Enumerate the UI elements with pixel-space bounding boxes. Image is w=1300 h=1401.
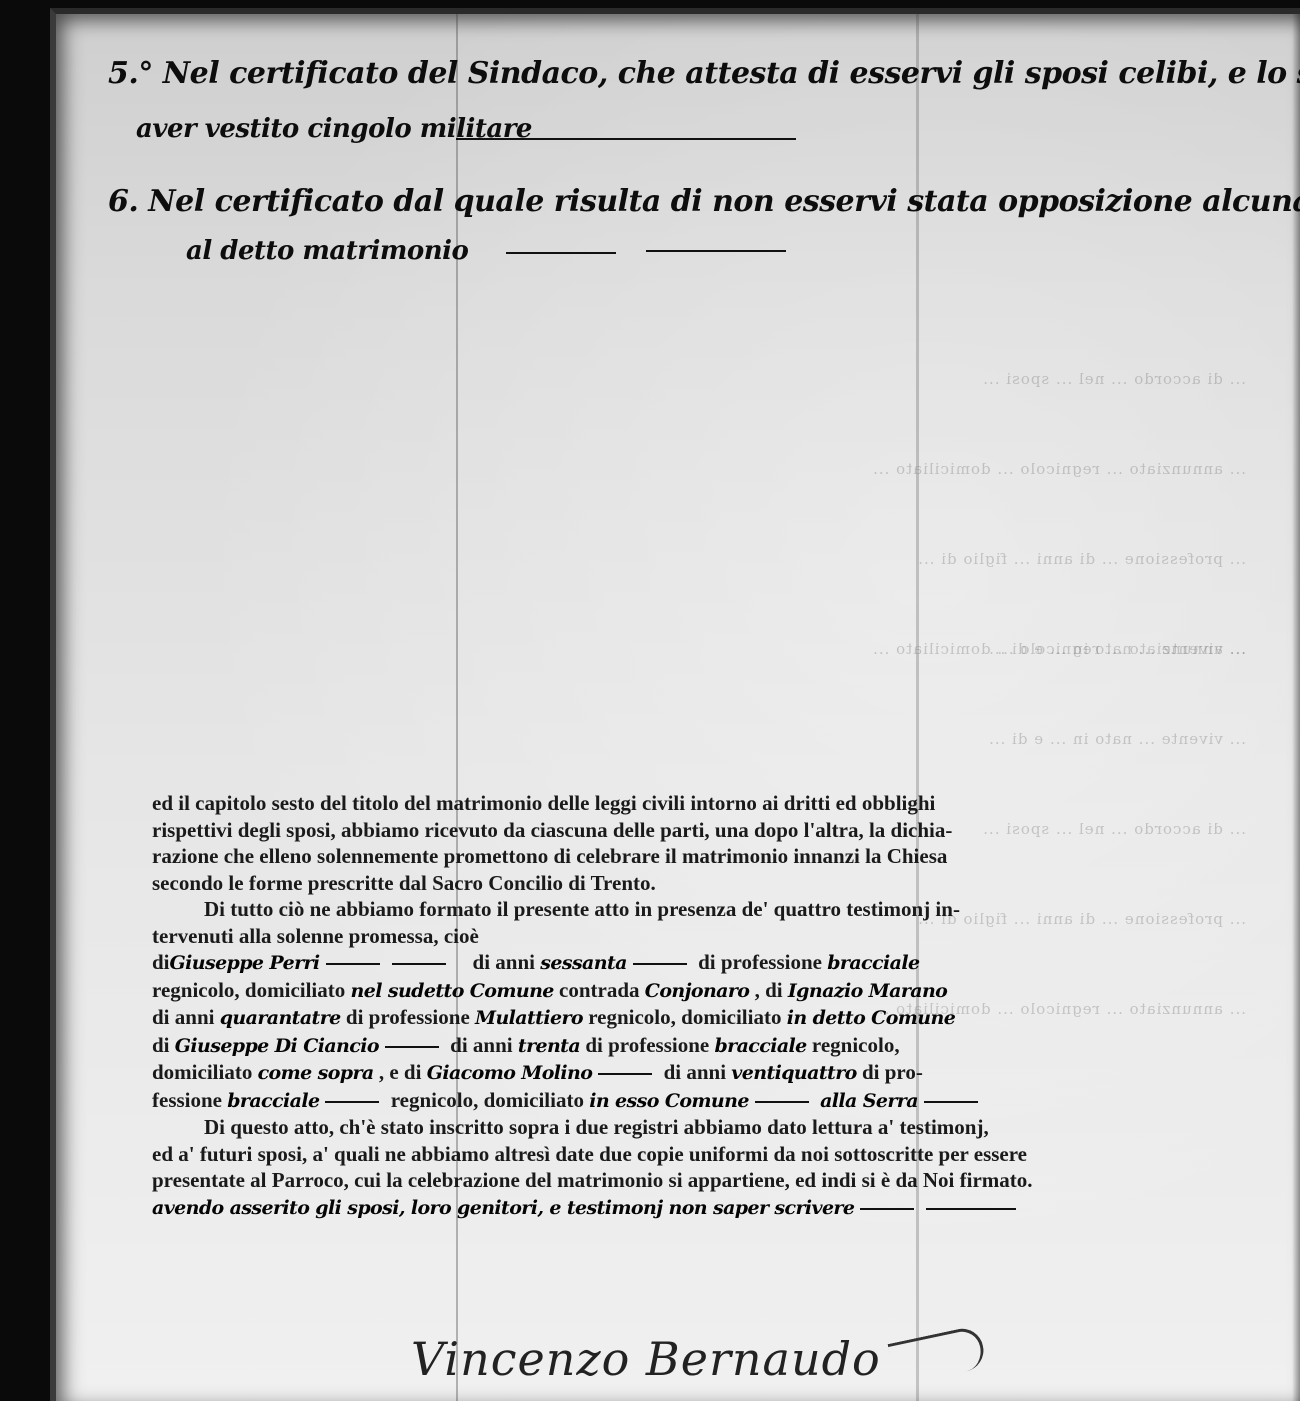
printed-line: razione che elleno solennemente prometto… — [152, 843, 1242, 870]
official-signature: Vincenzo Bernaudo — [411, 1332, 881, 1386]
handwritten-underline — [506, 252, 616, 254]
printed-line: presentate al Parroco, cui la celebrazio… — [152, 1167, 1242, 1194]
witness-1-age: sessanta — [540, 952, 627, 974]
witness-3-age: trenta — [518, 1035, 580, 1057]
scanned-document-page: ... di accordo ... nel ... sposi ... ...… — [50, 8, 1300, 1401]
signature-flourish — [888, 1325, 988, 1386]
bleed-line: ... vivente ... nato in ... e di ... — [116, 724, 1246, 754]
witness-1-residence: nel sudetto Comune — [351, 980, 554, 1002]
printed-line: rispettivi degli sposi, abbiamo ricevuto… — [152, 817, 1242, 844]
handwritten-item-6-line2: al detto matrimonio — [186, 236, 468, 266]
printed-line: secondo le forme prescritte dal Sacro Co… — [152, 870, 1242, 897]
witness-3-profession: bracciale — [714, 1035, 806, 1057]
witness-3-residence: come sopra — [258, 1062, 374, 1084]
printed-line: ed il capitolo sesto del titolo del matr… — [152, 790, 1242, 817]
printed-line: Di questo atto, ch'è stato inscritto sop… — [152, 1114, 1242, 1141]
handwritten-underline — [646, 250, 786, 252]
handwritten-item-6-line1: 6. Nel certificato dal quale risulta di … — [108, 184, 1300, 219]
witness-4-age: ventiquattro — [731, 1062, 856, 1084]
witness-line-6: fessione bracciale regnicolo, domiciliat… — [152, 1087, 1242, 1115]
witness-2-name: Ignazio Marano — [788, 980, 947, 1002]
witness-line-3: di anni quarantatre di professione Mulat… — [152, 1004, 1242, 1032]
witness-2-residence: in detto Comune — [787, 1007, 955, 1029]
witness-4-profession: bracciale — [227, 1090, 319, 1112]
witness-1-name: Giuseppe Perri — [170, 952, 320, 974]
witness-line-2: regnicolo, domiciliato nel sudetto Comun… — [152, 977, 1242, 1005]
witness-2-profession: Mulattiero — [475, 1007, 583, 1029]
handwritten-item-5-line1: 5.° Nel certificato del Sindaco, che att… — [108, 56, 1300, 91]
witness-2-age: quarantatre — [220, 1007, 341, 1029]
handwritten-closing-line: avendo asserito gli sposi, loro genitori… — [152, 1194, 1242, 1222]
printed-body: ed il capitolo sesto del titolo del matr… — [152, 790, 1242, 1221]
witness-1-street: Conjonaro — [645, 980, 750, 1002]
witness-line-1: diGiuseppe Perri di anni sessanta di pro… — [152, 949, 1242, 977]
witness-4-residence: in esso Comune — [589, 1090, 749, 1112]
bleed-line: ... di accordo ... nel ... sposi ... — [116, 364, 1246, 394]
handwritten-underline — [456, 138, 796, 140]
printed-line: Di tutto ciò ne abbiamo formato il prese… — [152, 896, 1242, 923]
witness-4-name: Giacomo Molino — [427, 1062, 593, 1084]
bleed-line: ... annunziato ... regnicolo ... domicil… — [116, 634, 1246, 664]
witness-1-profession: bracciale — [827, 952, 919, 974]
witness-line-5: domiciliato come sopra , e di Giacomo Mo… — [152, 1059, 1242, 1087]
bleed-line: ... professione ... di anni ... figlio d… — [116, 544, 1246, 574]
printed-line: tervenuti alla solenne promessa, cioè — [152, 923, 1242, 950]
bleed-line: ... annunziato ... regnicolo ... domicil… — [116, 454, 1246, 484]
witness-4-street: alla Serra — [820, 1090, 918, 1112]
witness-3-name: Giuseppe Di Ciancio — [175, 1035, 379, 1057]
printed-line: ed a' futuri sposi, a' quali ne abbiamo … — [152, 1141, 1242, 1168]
witness-line-4: di Giuseppe Di Ciancio di anni trenta di… — [152, 1032, 1242, 1060]
